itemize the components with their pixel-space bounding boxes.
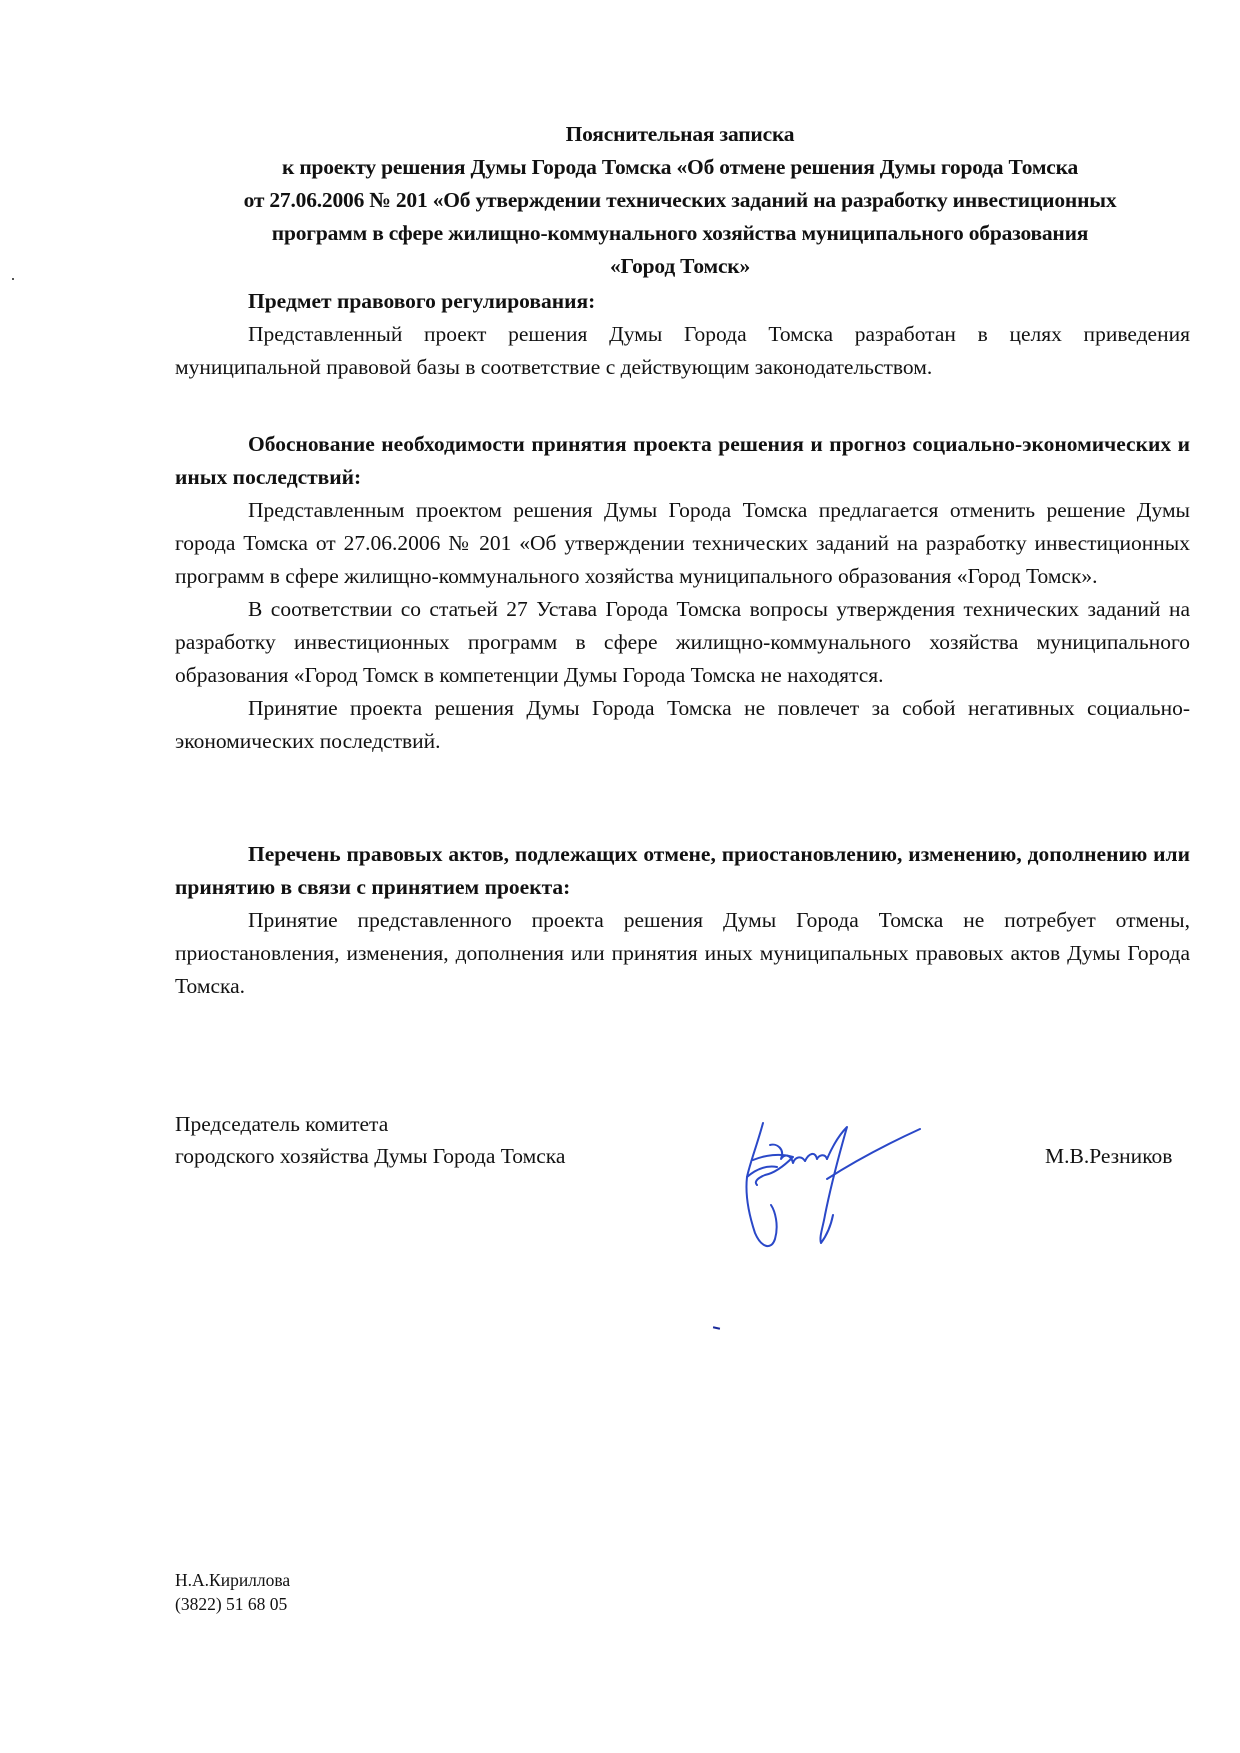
paragraph: Представленный проект решения Думы Город… [175, 318, 1190, 384]
section-justification: Обоснование необходимости принятия проек… [175, 428, 1190, 758]
paragraph: Принятие проекта решения Думы Города Том… [175, 692, 1190, 758]
title-line-5: «Город Томск» [170, 250, 1190, 283]
position-line-1: Председатель комитета [175, 1108, 565, 1140]
title-line-3: от 27.06.2006 № 201 «Об утверждении техн… [170, 184, 1190, 217]
section-heading: Обоснование необходимости принятия проек… [175, 428, 1190, 494]
executor-footer: Н.А.Кириллова (3822) 51 68 05 [175, 1568, 290, 1616]
scan-artifact-dash [713, 1326, 720, 1329]
title-line-2: к проекту решения Думы Города Томска «Об… [170, 151, 1190, 184]
paragraph: В соответствии со статьей 27 Устава Горо… [175, 593, 1190, 692]
paragraph: Представленным проектом решения Думы Гор… [175, 494, 1190, 593]
title-line-1: Пояснительная записка [170, 118, 1190, 151]
signer-position: Председатель комитета городского хозяйст… [175, 1108, 565, 1172]
document-title: Пояснительная записка к проекту решения … [170, 118, 1190, 283]
section-regulation-subject: Предмет правового регулирования: Предста… [175, 285, 1190, 384]
position-line-2: городского хозяйства Думы Города Томска [175, 1140, 565, 1172]
section-legal-acts-list: Перечень правовых актов, подлежащих отме… [175, 838, 1190, 1003]
section-heading: Предмет правового регулирования: [175, 285, 1190, 318]
scan-artifact-dot [12, 278, 14, 280]
title-line-4: программ в сфере жилищно-коммунального х… [170, 217, 1190, 250]
handwritten-signature-icon [735, 1115, 935, 1255]
executor-phone: (3822) 51 68 05 [175, 1592, 290, 1616]
executor-name: Н.А.Кириллова [175, 1568, 290, 1592]
section-heading: Перечень правовых актов, подлежащих отме… [175, 838, 1190, 904]
document-page: Пояснительная записка к проекту решения … [0, 0, 1240, 1753]
signer-name: М.В.Резников [1045, 1140, 1172, 1172]
paragraph: Принятие представленного проекта решения… [175, 904, 1190, 1003]
